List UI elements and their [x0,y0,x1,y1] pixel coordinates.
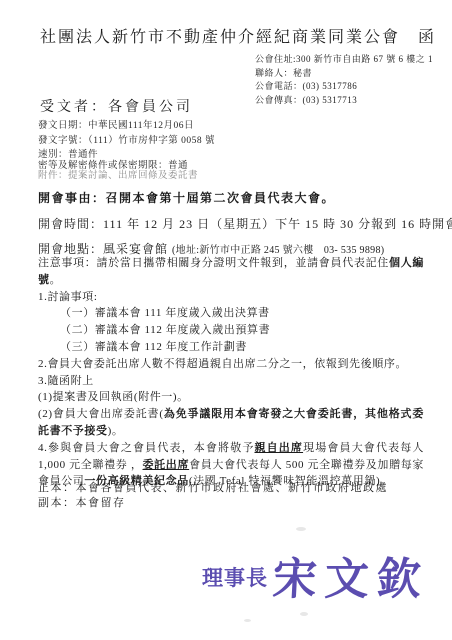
meeting-location-name: 開會地點：風采宴會館 [38,242,172,256]
in-person-attendance-emphasis: 親自出席 [254,442,303,454]
doc-number: 發文字號：（111）竹市房仲字第 0058 號 [38,136,215,147]
org-address: 公會住址:300 新竹市自由路 67 號 6 樓之 1 [255,53,433,67]
meta-block: 發文日期：中華民國111年12月06日 發文字號：（111）竹市房仲字第 005… [38,121,215,182]
note-item-3-sub-1: (1)提案書及回執函(附件一)。 [38,389,424,406]
official-letter-page: 社團法人新竹市不動產仲介經紀商業同業公會 函 公會住址:300 新竹市自由路 6… [0,0,452,640]
note-item-3: 3.隨函附上 [38,373,424,390]
note-item-1-sub-3: （三）審議本會 112 年度工作計劃書 [38,339,424,356]
recipient-line: 受文者：各會員公司 [40,96,193,116]
notes-block: 注意事項：請於當日攜帶相關身分證明文件報到，並請會員代表記住個人編號。 1.討論… [38,255,424,490]
note-item-1: 1.討論事項: [38,289,424,306]
security-class: 密等及解密條件或保密期限：普通 [38,161,215,172]
distribution-original: 正本：本會各會員代表、新竹市政府社會處、新竹市政府地政處 [38,481,388,496]
org-phone: 公會電話：(03) 5317786 [255,80,433,94]
distribution-copy: 副本：本會留存 [38,496,388,511]
note-item-2: 2.會員大會委託出席人數不得超過親自出席二分之一，依報到先後順序。 [38,356,424,373]
issue-date: 發文日期：中華民國111年12月06日 [38,121,215,132]
distribution-block: 正本：本會各會員代表、新竹市政府社會處、新竹市政府地政處 副本：本會留存 [38,481,388,511]
note-item-3-sub-2: (2)會員大會出席委託書(為免爭議限用本會寄發之大會委託書，其他格式委託書不予接… [38,406,424,440]
note-item-1-sub-2: （二）審議本會 112 年度歲入歲出預算書 [38,322,424,339]
chairman-stamp: 理事長 宋文欽 [202,543,429,607]
note-item-1-sub-1: （一）審議本會 111 年度歲入歲出決算書 [38,305,424,322]
org-contact: 聯絡人：秘書 [255,67,433,81]
scan-artifact [300,612,308,616]
scan-artifact [244,619,251,622]
attention-line: 注意事項：請於當日攜帶相關身分證明文件報到，並請會員代表記住個人編號。 [38,255,424,289]
speed-class: 速別：普通件 [38,150,215,161]
document-title: 社團法人新竹市不動產仲介經紀商業同業公會 函 [40,24,436,47]
proxy-attendance-emphasis: 委託出席 [143,459,190,471]
meeting-subject: 開會事由：召開本會第十屆第二次會員代表大會。 [38,189,452,206]
attachment-line: 附件：提案討論、出席回條及委託書 [38,171,215,182]
org-fax: 公會傳真：(03) 5317713 [255,94,433,108]
org-info-block: 公會住址:300 新竹市自由路 67 號 6 樓之 1 聯絡人：秘書 公會電話：… [255,53,433,107]
chairman-name: 宋文欽 [271,543,430,607]
chairman-title: 理事長 [202,562,268,592]
meeting-time: 開會時間：111 年 12 月 23 日（星期五）下午 15 時 30 分報到 … [38,215,452,232]
scan-artifact [296,527,306,531]
